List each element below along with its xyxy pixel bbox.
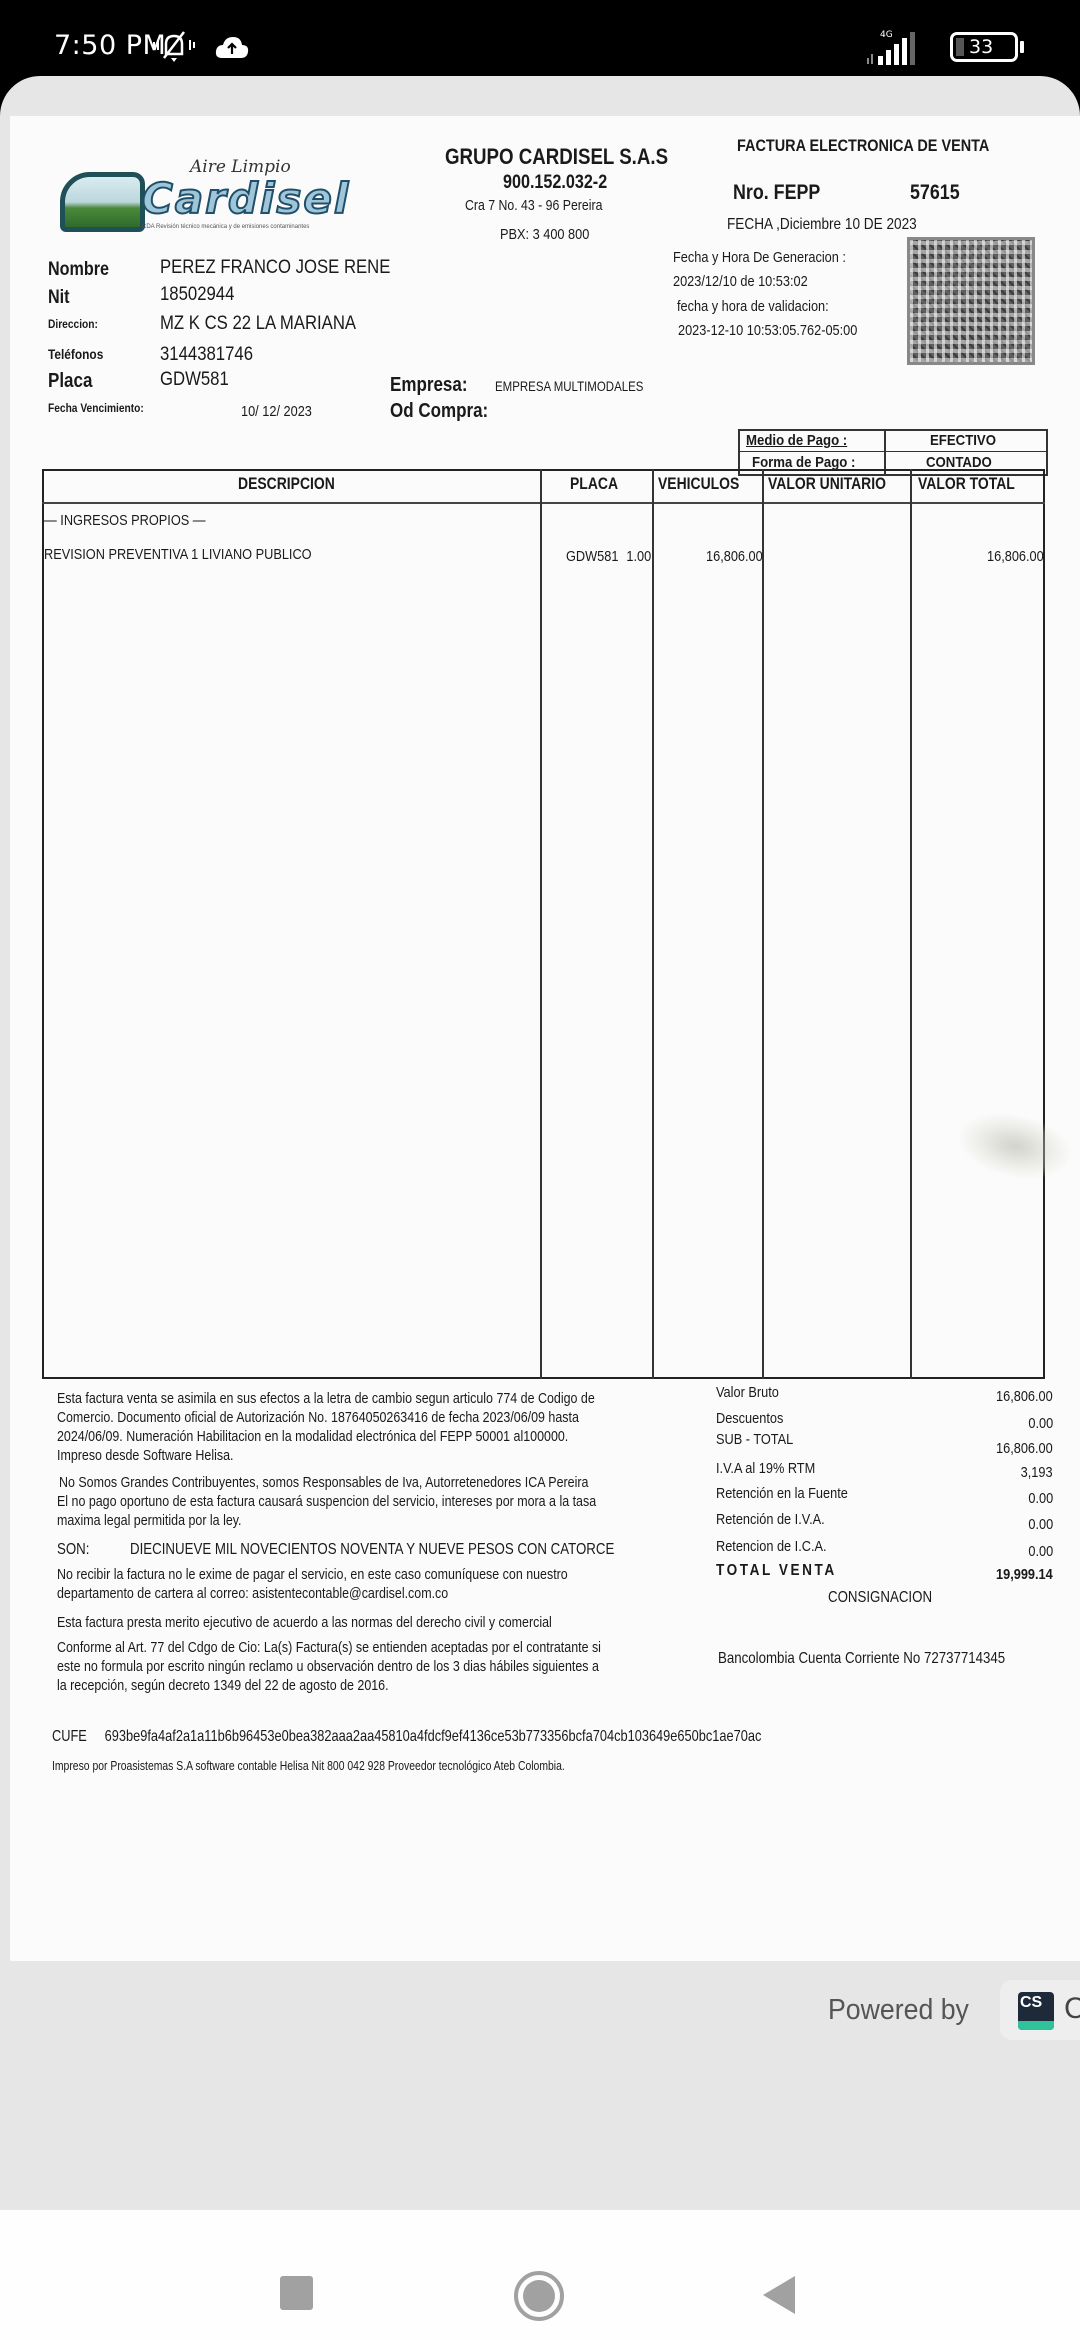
nombre-value: PEREZ FRANCO JOSE RENE	[160, 257, 390, 279]
legal-3-line: No recibir la factura no le exime de pag…	[57, 1565, 568, 1584]
total-label-descuentos: Descuentos	[716, 1410, 783, 1427]
placa-value: GDW581	[160, 369, 229, 391]
total-value-descuentos: 0.00	[1028, 1415, 1053, 1432]
validation-value: 2023-12-10 10:53:05.762-05:00	[678, 322, 857, 339]
total-value-retencion-iva: 0.00	[1028, 1516, 1053, 1533]
son-label: SON:	[57, 1540, 89, 1559]
direccion-value: MZ K CS 22 LA MARIANA	[160, 313, 356, 335]
powered-by-label: Powered by	[828, 1994, 969, 2027]
vencimiento-value: 10/ 12/ 2023	[241, 403, 312, 420]
total-label-retencion-ica: Retencion de I.C.A.	[716, 1538, 827, 1555]
validation-label: fecha y hora de validacion:	[677, 298, 829, 315]
signal-4g-icon: 4G	[864, 28, 936, 66]
empresa-value: EMPRESA MULTIMODALES	[495, 378, 643, 394]
col-header-vehiculos: VEHICULOS	[658, 474, 739, 494]
invoice-document: Aire Limpio Cardisel CDA Revisión técnic…	[10, 116, 1080, 1961]
row-placa: GDW581	[566, 548, 618, 565]
invoice-title: FACTURA ELECTRONICA DE VENTA	[737, 136, 989, 156]
col-header-valor-total: VALOR TOTAL	[918, 474, 1015, 494]
camscanner-brand-letter: C	[1064, 1992, 1080, 2026]
legal-4-line: Esta factura presta merito ejecutivo de …	[57, 1613, 552, 1632]
direccion-label: Direccion:	[48, 317, 98, 331]
qr-code	[907, 237, 1035, 365]
legal-5-line: Conforme al Art. 77 del Cdgo de Cio: La(…	[57, 1638, 601, 1657]
cufe-label: CUFE	[52, 1728, 87, 1745]
col-header-descripcion: DESCRIPCION	[238, 474, 335, 494]
payment-method-row: Medio de Pago : EFECTIVO	[740, 431, 1046, 452]
nit-value: 18502944	[160, 284, 234, 306]
logo-window-icon	[60, 172, 145, 232]
total-value-retencion-ica: 0.00	[1028, 1543, 1053, 1560]
invoice-date: FECHA ,Diciembre 10 DE 2023	[727, 216, 917, 234]
invoice-number: 57615	[910, 181, 960, 205]
company-address: Cra 7 No. 43 - 96 Pereira	[465, 197, 602, 214]
legal-1-line: 2024/06/09. Numeración Habilitacion en l…	[57, 1427, 568, 1446]
legal-2-line: El no pago oportuno de esta factura caus…	[57, 1492, 596, 1511]
cufe-value: 693be9fa4af2a1a11b6b96453e0bea382aaa2aa4…	[105, 1728, 762, 1745]
document-viewer: Aire Limpio Cardisel CDA Revisión técnic…	[0, 76, 1080, 2076]
generation-label: Fecha y Hora De Generacion :	[673, 249, 846, 266]
legal-5-line: este no formula por escrito ningún recla…	[57, 1657, 599, 1676]
invoice-number-label: Nro. FEPP	[733, 181, 820, 205]
battery-level: 33	[969, 36, 993, 58]
legal-1-line: Impreso desde Software Helisa.	[57, 1446, 233, 1465]
battery-nub	[1020, 41, 1024, 53]
vencimiento-label: Fecha Vencimiento:	[48, 401, 144, 415]
col-header-valor-unitario: VALOR UNITARIO	[768, 474, 886, 494]
consignacion-title: CONSIGNACION	[828, 1588, 932, 1607]
telefonos-label: Teléfonos	[48, 346, 103, 362]
empresa-label: Empresa:	[390, 374, 467, 397]
back-icon[interactable]	[763, 2276, 795, 2314]
total-label-retencion-iva: Retención de I.V.A.	[716, 1511, 825, 1528]
bottom-panel	[0, 2068, 1080, 2210]
son-value: DIECINUEVE MIL NOVECIENTOS NOVENTA Y NUE…	[130, 1540, 614, 1559]
svg-text:4G: 4G	[880, 30, 893, 40]
nombre-label: Nombre	[48, 259, 109, 281]
medio-label: Medio de Pago :	[746, 432, 847, 449]
total-label-retencion-fuente: Retención en la Fuente	[716, 1485, 848, 1502]
row-descripcion: REVISION PREVENTIVA 1 LIVIANO PUBLICO	[44, 546, 312, 563]
status-bar: 7:50 PM 4G 33	[0, 0, 1080, 76]
placa-label: Placa	[48, 370, 92, 393]
company-nit: 900.152.032-2	[503, 172, 607, 194]
legal-2-line: maxima legal permitida por la ley.	[57, 1511, 242, 1530]
items-table: DESCRIPCION PLACA VEHICULOS VALOR UNITAR…	[42, 469, 1047, 1379]
cloud-upload-icon	[214, 32, 250, 62]
row-valor-unitario: 16,806.00	[706, 548, 763, 565]
total-value-subtotal: 16,806.00	[996, 1440, 1053, 1457]
status-time: 7:50 PM	[54, 30, 166, 61]
legal-1-line: Comercio. Documento oficial de Autorizac…	[57, 1408, 579, 1427]
total-value-retencion-fuente: 0.00	[1028, 1490, 1053, 1507]
mute-vibrate-icon	[152, 28, 196, 64]
logo-brand: Cardisel	[142, 174, 350, 223]
logo-subtext: CDA Revisión técnico mecánica y de emisi…	[142, 224, 309, 230]
system-nav-bar	[0, 2210, 1080, 2340]
total-value-total-venta: 19,999.14	[996, 1566, 1053, 1583]
company-name: GRUPO CARDISEL S.A.S	[445, 144, 668, 170]
company-pbx: PBX: 3 400 800	[500, 226, 589, 243]
medio-value: EFECTIVO	[930, 432, 996, 449]
col-header-placa: PLACA	[570, 474, 618, 494]
home-icon[interactable]	[514, 2271, 564, 2321]
od-compra-label: Od Compra:	[390, 400, 488, 423]
recent-apps-icon[interactable]	[280, 2276, 313, 2310]
legal-1-line: Esta factura venta se asimila en sus efe…	[57, 1389, 595, 1408]
camscanner-logo-icon: CS	[1018, 1992, 1054, 2030]
generation-value: 2023/12/10 de 10:53:02	[673, 273, 808, 290]
battery-icon: 33	[950, 32, 1018, 62]
total-label-iva: I.V.A al 19% RTM	[716, 1460, 815, 1477]
total-label-total-venta: TOTAL VENTA	[716, 1562, 837, 1580]
legal-3-line: departamento de cartera al correo: asist…	[57, 1584, 448, 1603]
legal-5-line: la recepción, según decreto 1349 del 22 …	[57, 1676, 389, 1695]
camscanner-logo-text: CS	[1020, 1994, 1042, 2012]
invoice-page[interactable]: Aire Limpio Cardisel CDA Revisión técnic…	[10, 116, 1080, 1961]
telefonos-value: 3144381746	[160, 344, 253, 366]
total-value-iva: 3,193	[1021, 1464, 1053, 1481]
cufe-line: CUFE 693be9fa4af2a1a11b6b96453e0bea382aa…	[52, 1728, 761, 1746]
group-label: — INGRESOS PROPIOS —	[44, 512, 206, 529]
consignacion-account: Bancolombia Cuenta Corriente No 72737714…	[718, 1649, 1005, 1668]
total-value-valor-bruto: 16,806.00	[996, 1388, 1053, 1405]
total-label-valor-bruto: Valor Bruto	[716, 1384, 779, 1401]
row-valor-total: 16,806.00	[987, 548, 1044, 565]
printed-by: Impreso por Proasistemas S.A software co…	[52, 1758, 565, 1773]
total-label-subtotal: SUB - TOTAL	[716, 1431, 793, 1448]
legal-2-line: No Somos Grandes Contribuyentes, somos R…	[59, 1473, 588, 1492]
nit-label: Nit	[48, 287, 70, 309]
row-vehiculos: 1.00	[626, 548, 651, 565]
